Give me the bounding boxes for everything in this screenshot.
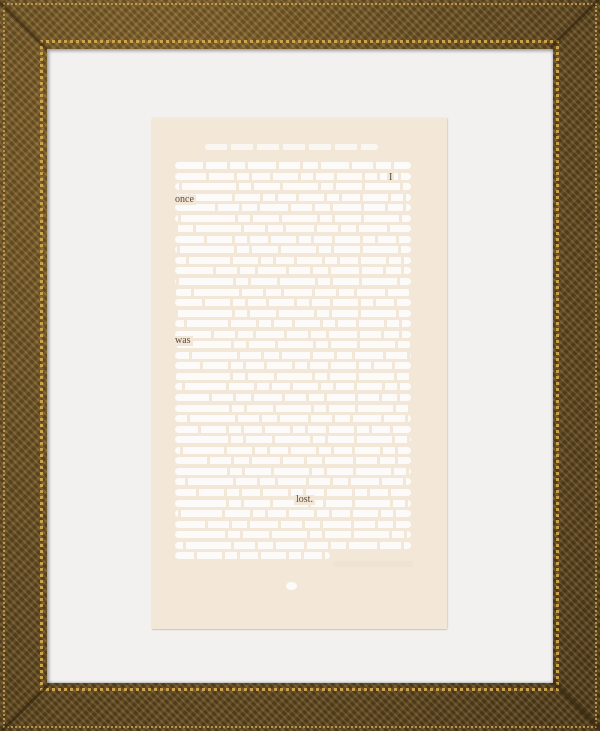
redacted-line (175, 489, 411, 496)
redacted-line (175, 373, 411, 380)
redacted-line (175, 341, 411, 348)
word-lost: lost. (294, 495, 315, 505)
redacted-line (175, 289, 411, 296)
redacted-line (175, 405, 411, 412)
redacted-line (175, 394, 411, 401)
redacted-line (175, 267, 411, 274)
redacted-line (175, 352, 411, 359)
redacted-heading (205, 144, 378, 150)
word-i: I (387, 173, 394, 183)
redacted-line (175, 246, 411, 253)
redacted-line (175, 468, 411, 475)
redacted-line (175, 331, 411, 338)
redacted-line (175, 383, 411, 390)
redacted-line (175, 278, 411, 285)
redacted-line (175, 183, 411, 190)
redacted-line (175, 320, 411, 327)
book-page: I once was lost. (152, 118, 447, 629)
redacted-line (175, 236, 411, 243)
redacted-line (175, 225, 411, 232)
redacted-line (175, 415, 411, 422)
frame-corner-bottom-right (552, 681, 600, 731)
redacted-line (175, 436, 411, 443)
redacted-line (175, 552, 330, 559)
redacted-text-block (175, 162, 411, 563)
redacted-line (175, 194, 411, 201)
redacted-line (175, 447, 411, 454)
faint-trailing-text (333, 561, 413, 567)
redacted-line (175, 162, 411, 169)
word-once: once (173, 195, 196, 205)
redacted-line (175, 215, 411, 222)
redacted-page-number (286, 582, 297, 590)
redacted-line (175, 510, 411, 517)
frame-corner-bottom-left (0, 683, 50, 731)
redacted-line (175, 426, 411, 433)
frame-corner-top-left (0, 0, 48, 50)
frame-corner-top-right (550, 0, 600, 48)
redacted-line (175, 478, 411, 485)
redacted-line (175, 500, 411, 507)
redacted-line (175, 531, 411, 538)
redacted-line (175, 542, 411, 549)
redacted-line (175, 257, 411, 264)
redacted-line (175, 299, 411, 306)
redacted-line (175, 310, 411, 317)
redacted-line (175, 173, 411, 180)
redacted-line (175, 362, 411, 369)
redacted-line (175, 521, 411, 528)
redacted-line (175, 204, 411, 211)
redacted-line (175, 457, 411, 464)
word-was: was (173, 336, 193, 346)
